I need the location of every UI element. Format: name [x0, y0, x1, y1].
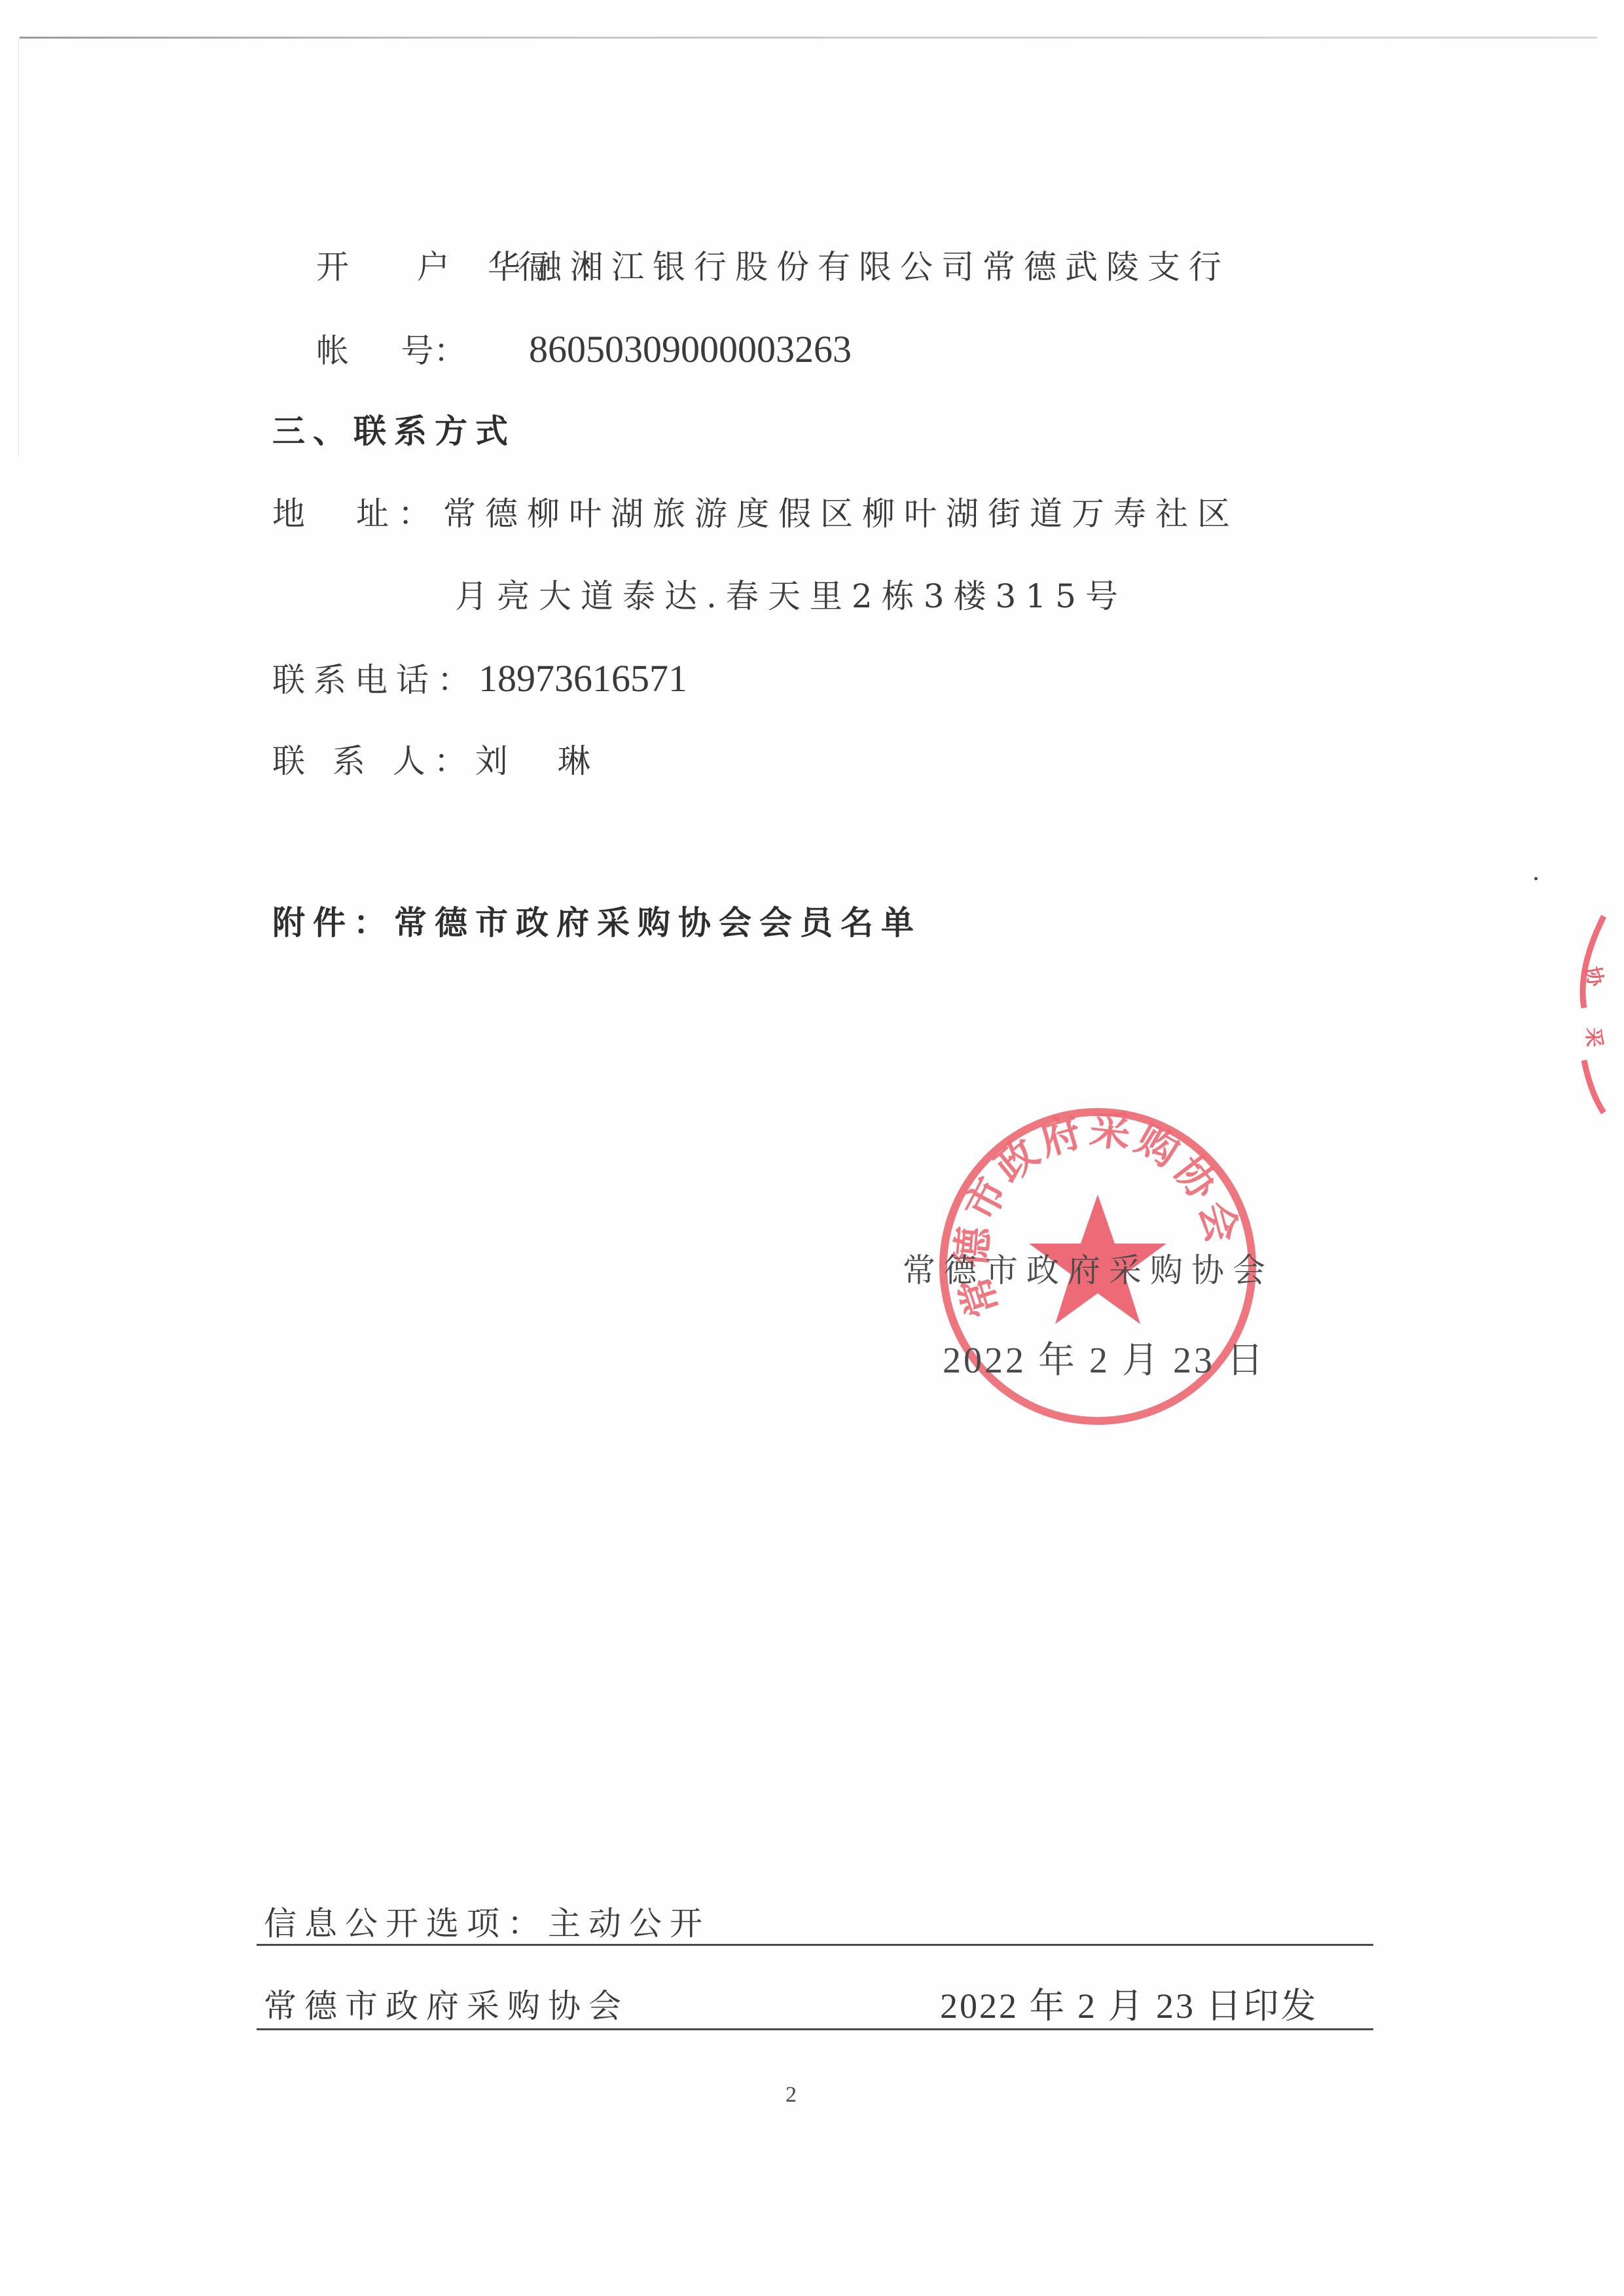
bank-label: 开 户 行：	[316, 247, 488, 287]
attachment-title: 常德市政府采购协会会员名单	[394, 903, 922, 942]
bank-row: 开 户 行：华融湘江银行股份有限公司常德武陵支行	[316, 247, 1230, 287]
page-number: 2	[785, 2083, 797, 2108]
document-page: 开 户 行：华融湘江银行股份有限公司常德武陵支行 帐 号：86050309000…	[0, 0, 1624, 2296]
address-line2: 月亮大道泰达.春天里2栋3楼315号	[455, 577, 1127, 616]
svg-text:采: 采	[1582, 1028, 1605, 1047]
signature-organization: 常德市政府采购协会	[903, 1251, 1274, 1290]
contact-label: 联 系 人：	[272, 742, 475, 781]
address-line1: 常德柳叶湖旅游度假区柳叶湖街道万寿社区	[443, 494, 1239, 533]
section-heading-contact: 三、联系方式	[272, 412, 516, 451]
address-label: 地 址：	[272, 494, 443, 533]
phone-row: 联系电话：18973616571	[272, 659, 687, 700]
disclosure-label: 信息公开选项：	[264, 1904, 548, 1943]
footer-rule-2	[257, 2028, 1373, 2030]
footer-issuer: 常德市政府采购协会	[264, 1986, 629, 2026]
scan-edge-top	[20, 37, 1597, 39]
account-number: 86050309000003263	[529, 330, 852, 369]
svg-text:协: 协	[1581, 965, 1607, 989]
disclosure-value: 主动公开	[548, 1904, 710, 1943]
footer-rule-1	[257, 1944, 1373, 1946]
contact-row: 联 系 人：刘 琳	[272, 742, 599, 781]
account-row: 帐 号：86050309000003263	[316, 330, 852, 370]
phone-number: 18973616571	[478, 659, 687, 698]
bank-name: 华融湘江银行股份有限公司常德武陵支行	[488, 247, 1230, 287]
footer-disclosure-row: 信息公开选项：主动公开	[264, 1904, 710, 1943]
footer-issue-date: 2022 年 2 月 23 日印发	[940, 1986, 1318, 2026]
contact-name: 刘 琳	[475, 742, 599, 781]
phone-label: 联系电话：	[272, 660, 478, 700]
account-label: 帐 号：	[316, 331, 529, 370]
attachment-label: 附件：	[272, 903, 394, 942]
scan-dot	[1534, 877, 1538, 880]
svg-text:常德市政府采购协会: 常德市政府采购协会	[947, 1105, 1248, 1323]
address-row: 地 址：常德柳叶湖旅游度假区柳叶湖街道万寿社区	[272, 494, 1239, 533]
paging-seal-fragment: 协 采	[1558, 903, 1624, 1139]
signature-date: 2022 年 2 月 23 日	[943, 1341, 1266, 1380]
seal-text: 常德市政府采购协会	[947, 1105, 1248, 1323]
scan-edge-left	[18, 38, 19, 457]
attachment-row: 附件：常德市政府采购协会会员名单	[272, 903, 922, 942]
